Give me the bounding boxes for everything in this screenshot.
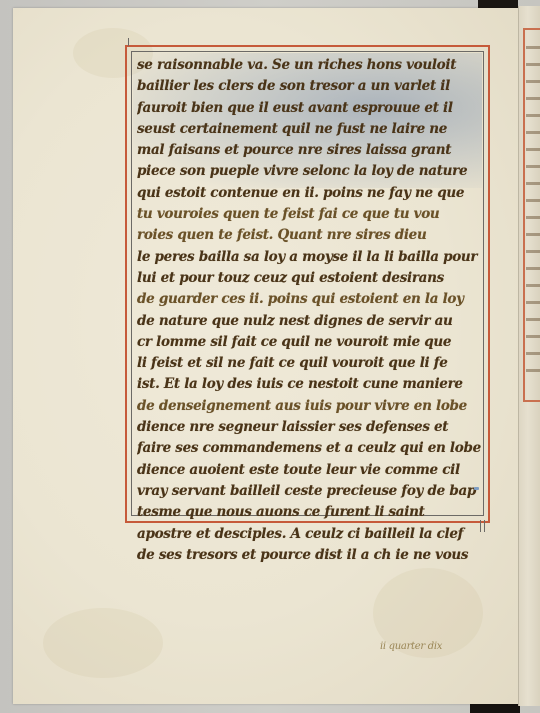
text-line: de denseignement aus iuis pour vivre en … [137,396,482,417]
text-line: apostre et desciples. A ceulz ci baillei… [137,524,482,545]
text-line: de nature que nulz nest dignes de servir… [137,311,482,332]
text-line: ist. Et la loy des iuis ce nestoit cune … [137,374,482,395]
text-line: de guarder ces ii. poins qui estoient en… [137,289,482,310]
text-line: de ses tresors et pource dist il a ch ie… [137,545,482,566]
text-line: vray servant bailleil ceste precieuse fo… [137,481,482,502]
text-line: seust certainement quil ne fust ne laire… [137,119,482,140]
text-line: tesme que nous auons ce furent li saint [137,502,482,523]
text-line: lui et pour touz ceuz qui estoient desir… [137,268,482,289]
facing-page-edge [518,6,540,706]
text-line: le peres bailla sa loy a moyse il la li … [137,247,482,268]
text-line: piece son pueple vivre selonc la loy de … [137,161,482,182]
text-line: mal faisans et pource nre sires laissa g… [137,140,482,161]
text-line: li feist et sil ne fait ce quil vouroit … [137,353,482,374]
text-line: baillier les clers de son tresor a un va… [137,76,482,97]
text-line: fauroit bien que il eust avant esprouue … [137,98,482,119]
text-line: dience auoient este toute leur vie comme… [137,460,482,481]
parchment-stain [43,608,163,678]
text-line: qui estoit contenue en ii. poins ne fay … [137,183,482,204]
text-line: cr lomme sil fait ce quil ne vouroit mie… [137,332,482,353]
ruling-tick [484,520,485,532]
text-line: tu vouroies quen te feist fai ce que tu … [137,204,482,225]
binding-shadow-bottom [470,703,520,713]
marginal-note: ii quarter dix [380,641,442,652]
ruling-tick [128,38,129,46]
manuscript-text-block: se raisonnable va. Se un riches hons vou… [137,55,482,566]
text-line: roies quen te feist. Quant nre sires die… [137,225,482,246]
blue-ink-mark [474,487,479,490]
text-line: faire ses commandemens et a ceulz qui en… [137,438,482,459]
text-line: se raisonnable va. Se un riches hons vou… [137,55,482,76]
facing-page-text [526,46,540,386]
text-line: dience nre segneur laissier ses defenses… [137,417,482,438]
